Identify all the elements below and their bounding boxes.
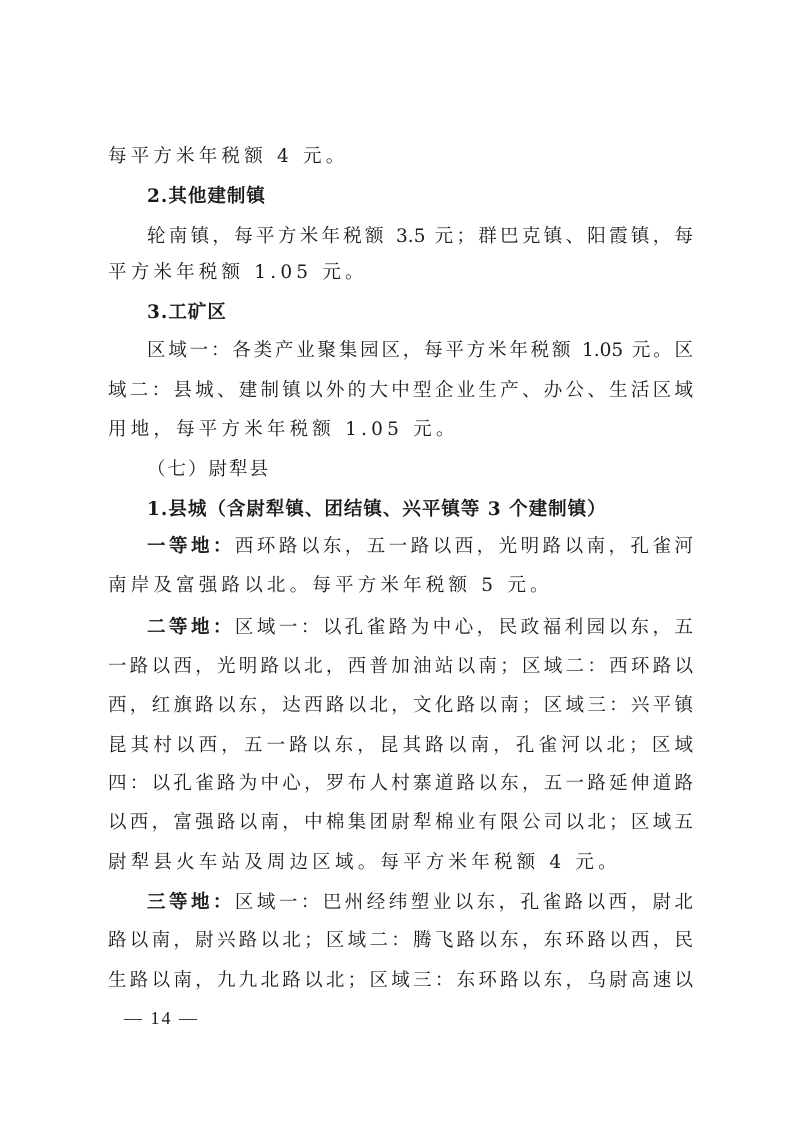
paragraph-line: 二等地：区域一：以孔雀路为中心，民政福利园以东，五 [108,608,693,647]
section-heading: 1.县城（含尉犁镇、团结镇、兴平镇等 3 个建制镇） [108,490,693,529]
paragraph-line: 一路以西，光明路以北，西普加油站以南；区域二：西环路以 [108,647,693,686]
paragraph-line: 昆其村以西，五一路以东，昆其路以南，孔雀河以北；区域 [108,726,693,765]
grade-label: 三等地： [147,892,235,913]
paragraph-line: 生路以南，九九北路以北；区域三：东环路以东，乌尉高速以 [108,961,693,1000]
paragraph-line: 域二：县城、建制镇以外的大中型企业生产、办公、生活区域 [108,371,693,410]
section-heading: 3.工矿区 [108,293,693,332]
grade-label: 二等地： [147,617,235,638]
page-number: — 14 — [124,1000,199,1036]
paragraph-line: 四：以孔雀路为中心，罗布人村寨道路以东，五一路延伸道路 [108,764,693,803]
grade-label: 一等地： [147,536,235,557]
paragraph-line: 区域一：各类产业聚集园区，每平方米年税额 1.05 元。区 [108,331,693,370]
paragraph-line: 每平方米年税额 4 元。 [108,137,693,176]
paragraph-line: 平方米年税额 1.05 元。 [108,253,693,292]
paragraph-line: 南岸及富强路以北。每平方米年税额 5 元。 [108,566,693,605]
paragraph-line: 尉犁县火车站及周边区域。每平方米年税额 4 元。 [108,843,693,882]
paragraph-line: 三等地：区域一：巴州经纬塑业以东，孔雀路以西，尉北 [108,883,693,922]
paragraph-line: 西，红旗路以东，达西路以北，文化路以南；区域三：兴平镇 [108,686,693,725]
paragraph-line: 一等地：西环路以东，五一路以西，光明路以南，孔雀河 [108,527,693,566]
paragraph-text: 西环路以东，五一路以西，光明路以南，孔雀河 [235,536,693,557]
paragraph-line: 用地，每平方米年税额 1.05 元。 [108,410,693,449]
paragraph-line: 路以南，尉兴路以北；区域二：腾飞路以东，东环路以西，民 [108,921,693,960]
paragraph-line: 以西，富强路以南，中棉集团尉犁棉业有限公司以北；区域五 [108,803,693,842]
paragraph-text: 区域一：以孔雀路为中心，民政福利园以东，五 [235,617,693,638]
subsection-heading: （七）尉犁县 [108,450,693,489]
section-heading: 2.其他建制镇 [108,177,693,216]
paragraph-line: 轮南镇，每平方米年税额 3.5 元；群巴克镇、阳霞镇，每 [108,217,693,256]
paragraph-text: 区域一：巴州经纬塑业以东，孔雀路以西，尉北 [235,892,693,913]
